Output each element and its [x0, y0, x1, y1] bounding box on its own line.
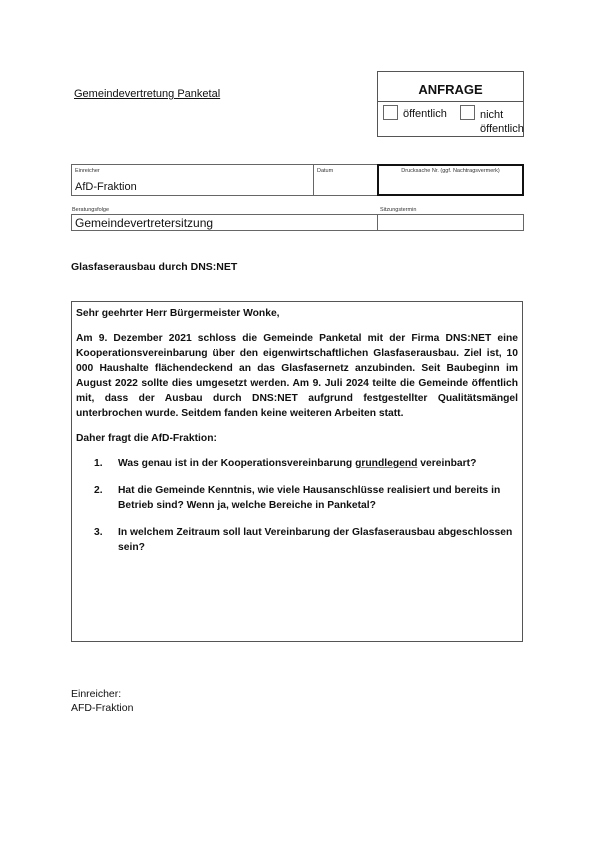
beratungsfolge-value: Gemeindevertretersitzung: [75, 216, 213, 230]
datum-label: Datum: [317, 168, 333, 174]
organization-title: Gemeindevertretung Panketal: [74, 88, 220, 100]
question-text-end: vereinbart?: [417, 458, 476, 469]
intro-paragraph: Am 9. Dezember 2021 schloss die Gemeinde…: [76, 331, 518, 421]
einreicher-label: Einreicher: [75, 168, 100, 174]
subject-heading: Glasfaserausbau durch DNS:NET: [71, 261, 237, 273]
form-row-submitter: Einreicher AfD-Fraktion Datum Drucksache…: [71, 164, 524, 196]
question-list: 1. Was genau ist in der Kooperationsvere…: [76, 456, 518, 555]
question-item: 3. In welchem Zeitraum soll laut Vereinb…: [76, 525, 518, 555]
question-number: 3.: [94, 525, 103, 540]
document-type-title: ANFRAGE: [378, 82, 523, 102]
checkbox-nicht-oeffentlich[interactable]: [460, 105, 475, 120]
footer-value: AFD-Fraktion: [71, 701, 133, 715]
form-row-session: Gemeindevertretersitzung: [71, 214, 524, 231]
submitter-footer: Einreicher: AFD-Fraktion: [71, 687, 133, 715]
salutation: Sehr geehrter Herr Bürgermeister Wonke,: [76, 306, 518, 321]
checkbox-label-nicht-oeffentlich: nicht öffentlich: [480, 108, 524, 136]
checkbox-label-oeffentlich: öffentlich: [403, 108, 447, 120]
drucksache-label: Drucksache Nr. (ggf. Nachtragsvermerk): [379, 168, 522, 174]
footer-label: Einreicher:: [71, 687, 133, 701]
inquiry-body-box: Sehr geehrter Herr Bürgermeister Wonke, …: [71, 301, 523, 642]
datum-field[interactable]: Datum: [313, 164, 378, 196]
drucksache-field[interactable]: Drucksache Nr. (ggf. Nachtragsvermerk): [377, 164, 524, 196]
einreicher-field[interactable]: Einreicher AfD-Fraktion: [71, 164, 314, 196]
sitzungstermin-field[interactable]: [377, 214, 524, 231]
beratungsfolge-field[interactable]: Gemeindevertretersitzung: [71, 214, 378, 231]
document-type-box: ANFRAGE öffentlich nicht öffentlich: [377, 71, 524, 137]
question-intro: Daher fragt die AfD-Fraktion:: [76, 431, 518, 446]
question-text: Was genau ist in der Kooperationsvereinb…: [118, 458, 355, 469]
question-number: 2.: [94, 483, 103, 498]
checkbox-oeffentlich[interactable]: [383, 105, 398, 120]
question-item: 2. Hat die Gemeinde Kenntnis, wie viele …: [76, 483, 518, 513]
sitzungstermin-label: Sitzungstermin: [380, 207, 416, 213]
question-text: In welchem Zeitraum soll laut Vereinbaru…: [118, 527, 512, 553]
beratungsfolge-label: Beratungsfolge: [72, 207, 109, 213]
question-number: 1.: [94, 456, 103, 471]
question-item: 1. Was genau ist in der Kooperationsvere…: [76, 456, 518, 471]
question-highlight: grundlegend: [355, 458, 417, 469]
einreicher-value: AfD-Fraktion: [75, 181, 137, 193]
divider: [378, 101, 523, 102]
question-text: Hat die Gemeinde Kenntnis, wie viele Hau…: [118, 485, 500, 511]
